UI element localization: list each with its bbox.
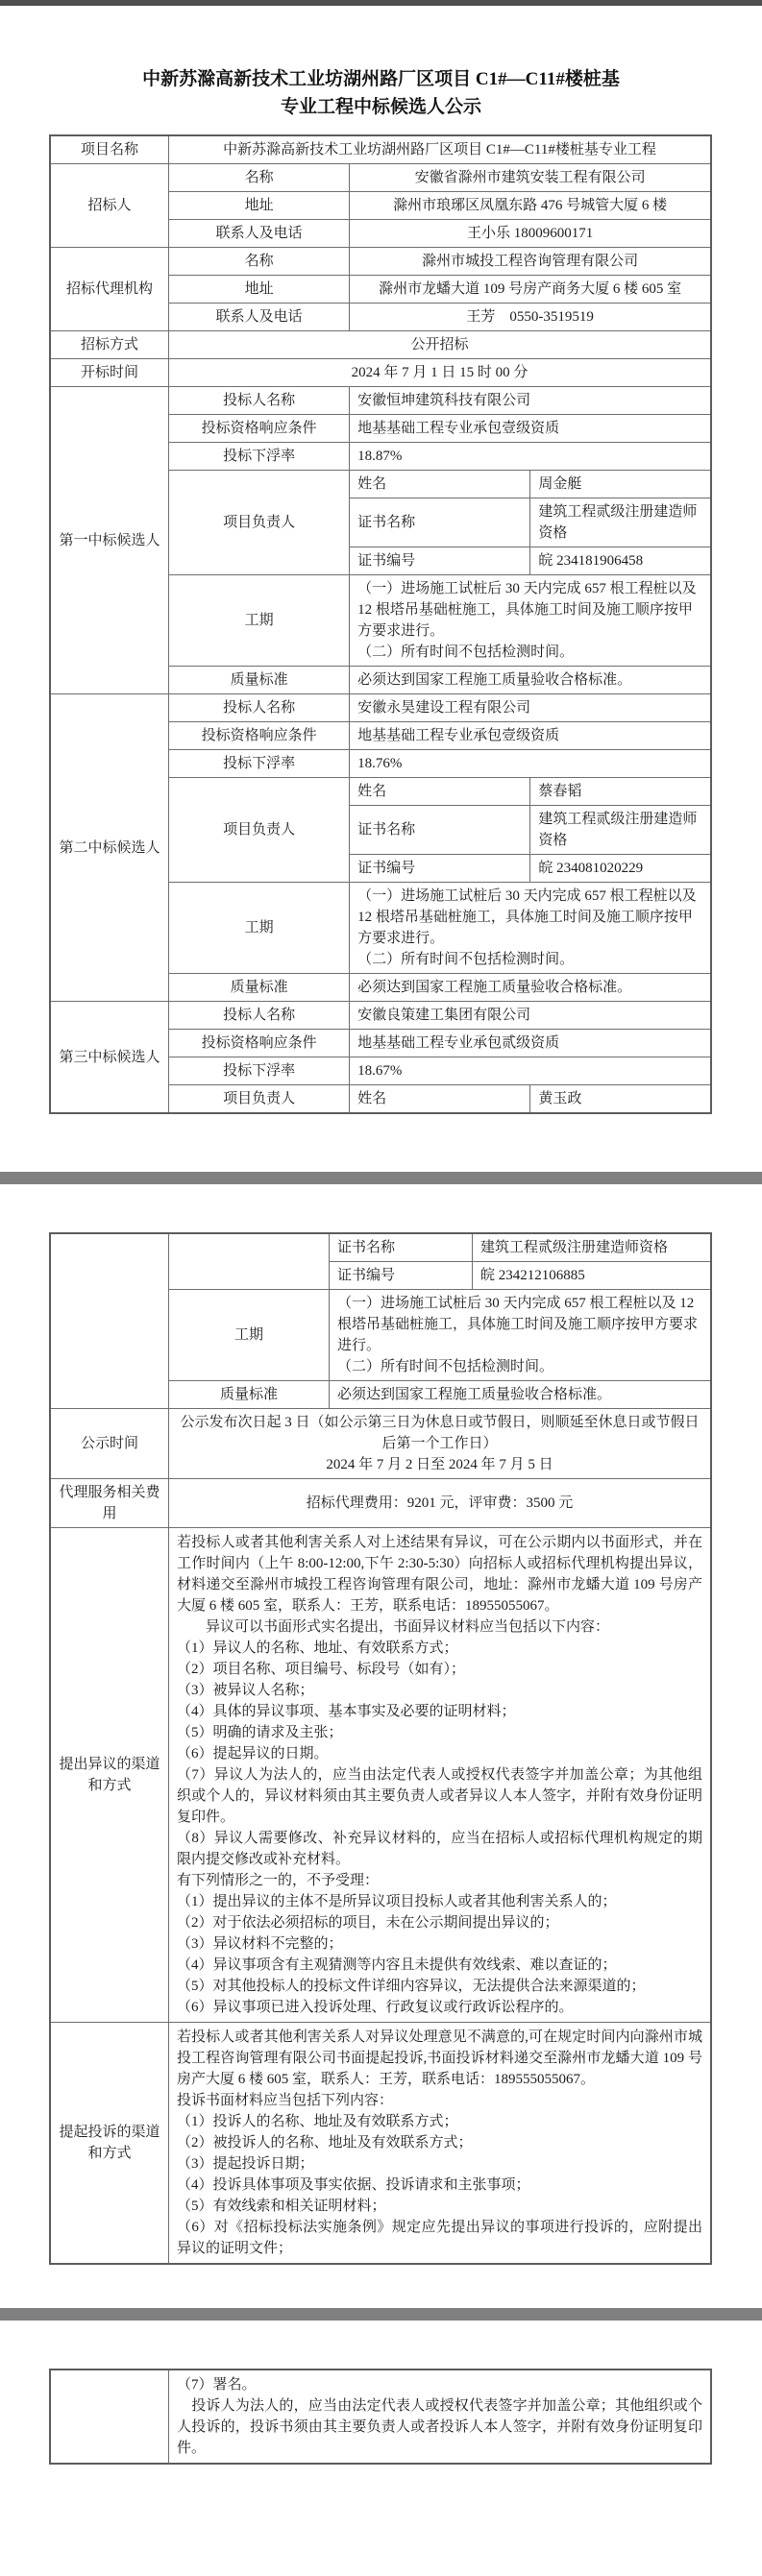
tenderer-name-value: 安徽省滁州市建筑安装工程有限公司 [350, 164, 711, 192]
duration-clause-2: （二）所有时间不包括检测时间。 [357, 949, 702, 970]
candidate3-cert-name-value: 建筑工程贰级注册建造师资格 [473, 1233, 712, 1262]
top-edge-bar [0, 0, 762, 6]
page-title-line2: 专业工程中标候选人公示 [0, 93, 762, 121]
tenderer-address-value: 滁州市琅琊区凤凰东路 476 号城管大厦 6 楼 [350, 192, 711, 220]
paragraph-line: （5）明确的请求及主张； [177, 1722, 702, 1743]
paragraph-line: （4）投诉具体事项及事实依据、投诉请求和主张事项； [177, 2175, 702, 2196]
empty-label-cell [50, 2369, 169, 2464]
page-title: 中新苏滁高新技术工业坊湖州路厂区项目 C1#—C11#楼桩基 专业工程中标候选人… [0, 65, 762, 121]
project-manager-label: 项目负责人 [169, 471, 350, 575]
candidate3-duration-value: （一）进场施工试桩后 30 天内完成 657 根工程桩以及 12 根塔吊基础桩施… [330, 1290, 712, 1381]
spacer [0, 2265, 762, 2308]
paragraph-line: 若投标人或者其他利害关系人对异议处理意见不满意的,可在规定时间内向滁州市城投工程… [177, 2027, 702, 2090]
paragraph-line: （4）异议事项含有主观猜测等内容且未提供有效线索、难以查证的； [177, 1955, 702, 1976]
paragraph-line: （1）提出异议的主体不是所异议项目投标人或者其他利害关系人的； [177, 1891, 702, 1912]
duration-label: 工期 [169, 883, 350, 974]
agency-name-label: 名称 [169, 248, 350, 276]
paragraph-line: 有下列情形之一的，不予受理： [177, 1870, 702, 1891]
discount-rate-label: 投标下浮率 [169, 443, 350, 471]
paragraph-line: （8）异议人需要修改、补充异议材料的，应当在招标人或招标代理机构规定的期限内提交… [177, 1828, 702, 1870]
publicity-line2: 2024 年 7 月 2 日至 2024 年 7 月 5 日 [177, 1454, 702, 1475]
cert-name-label: 证书名称 [330, 1233, 473, 1262]
tenderer-contact-label: 联系人及电话 [169, 220, 350, 248]
paragraph-line: （3）提起投诉日期； [177, 2153, 702, 2175]
quality-label: 质量标准 [169, 974, 350, 1002]
paragraph-line: （5）对其他投标人的投标文件详细内容异议，无法提供合法来源渠道的； [177, 1976, 702, 1997]
notice-table-page3: （7）署名。 投诉人为法人的，应当由法定代表人或授权代表签字并加盖公章；其他组织… [49, 2369, 712, 2465]
cert-no-label: 证书编号 [330, 1262, 473, 1290]
duration-clause-1: （一）进场施工试桩后 30 天内完成 657 根工程桩以及 12 根塔吊基础桩施… [357, 578, 702, 642]
discount-rate-label: 投标下浮率 [169, 750, 350, 778]
quality-label: 质量标准 [169, 1381, 330, 1409]
row-candidate3-bidder: 第三中标候选人 投标人名称 安徽良策建工集团有限公司 [50, 1002, 711, 1030]
paragraph-line: 投诉书面材料应当包括下列内容： [177, 2090, 702, 2111]
person-name-label: 姓名 [350, 1085, 530, 1114]
tenderer-address-label: 地址 [169, 192, 350, 220]
candidate2-pm-name-value: 蔡春韬 [530, 778, 711, 806]
tenderer-label: 招标人 [50, 164, 169, 248]
page-title-line1: 中新苏滁高新技术工业坊湖州路厂区项目 C1#—C11#楼桩基 [0, 65, 762, 93]
candidate2-cert-name-value: 建筑工程贰级注册建造师资格 [530, 806, 711, 855]
paragraph-line: （6）异议事项已进入投诉处理、行政复议或行政诉讼程序的。 [177, 1997, 702, 2018]
agency-fee-label: 代理服务相关费用 [50, 1479, 169, 1528]
objection-channel-value: 若投标人或者其他利害关系人对上述结果有异议，可在公示期内以书面形式，并在工作时间… [169, 1528, 712, 2023]
bidder-name-label: 投标人名称 [169, 387, 350, 415]
tender-method-label: 招标方式 [50, 331, 169, 359]
cert-no-label: 证书编号 [350, 547, 530, 575]
candidate2-qualification-value: 地基基础工程专业承包壹级资质 [350, 722, 711, 750]
objection-channel-label: 提出异议的渠道和方式 [50, 1528, 169, 2023]
paragraph-line: 异议可以书面形式实名提出，书面异议材料应当包括以下内容： [177, 1616, 702, 1638]
agency-name-value: 滁州市城投工程咨询管理有限公司 [350, 248, 711, 276]
paragraph-line: （4）具体的异议事项、基本事实及必要的证明材料； [177, 1701, 702, 1722]
cert-name-label: 证书名称 [350, 806, 530, 855]
paragraph-line: （7）异议人为法人的，应当由法定代表人或授权代表签字并加盖公章；为其他组织或个人… [177, 1764, 702, 1828]
candidate3-rate-value: 18.67% [350, 1057, 711, 1085]
quality-label: 质量标准 [169, 667, 350, 694]
row-tender-method: 招标方式 公开招标 [50, 331, 711, 359]
candidate1-duration-value: （一）进场施工试桩后 30 天内完成 657 根工程桩以及 12 根塔吊基础桩施… [350, 575, 711, 667]
agency-contact-value: 王芳 0550-3519519 [350, 304, 711, 331]
candidate1-cert-name-value: 建筑工程贰级注册建造师资格 [530, 498, 711, 547]
paragraph-line: （2）被投诉人的名称、地址及有效联系方式； [177, 2132, 702, 2153]
cert-no-label: 证书编号 [350, 855, 530, 883]
duration-clause-2: （二）所有时间不包括检测时间。 [337, 1356, 702, 1377]
candidate1-pm-name-value: 周金艇 [530, 471, 711, 498]
row-candidate1-bidder: 第一中标候选人 投标人名称 安徽恒坤建筑科技有限公司 [50, 387, 711, 415]
candidate3-qualification-value: 地基基础工程专业承包贰级资质 [350, 1030, 711, 1057]
project-name-value: 中新苏滁高新技术工业坊湖州路厂区项目 C1#—C11#楼桩基专业工程 [169, 135, 712, 164]
row-candidate2-bidder: 第二中标候选人 投标人名称 安徽永昊建设工程有限公司 [50, 694, 711, 722]
candidate3-pm-name-value: 黄玉政 [530, 1085, 711, 1114]
agency-contact-label: 联系人及电话 [169, 304, 350, 331]
row-bid-opening-time: 开标时间 2024 年 7 月 1 日 15 时 00 分 [50, 359, 711, 387]
qualification-label: 投标资格响应条件 [169, 415, 350, 443]
paragraph-line: （2）对于依法必须招标的项目，未在公示期间提出异议的； [177, 1912, 702, 1933]
paragraph-line: （7）署名。 [177, 2374, 702, 2395]
notice-table-page1: 项目名称 中新苏滁高新技术工业坊湖州路厂区项目 C1#—C11#楼桩基专业工程 … [49, 134, 712, 1114]
row-tenderer-name: 招标人 名称 安徽省滁州市建筑安装工程有限公司 [50, 164, 711, 192]
row-objection-channel: 提出异议的渠道和方式 若投标人或者其他利害关系人对上述结果有异议，可在公示期内以… [50, 1528, 711, 2023]
duration-label: 工期 [169, 1290, 330, 1381]
document-canvas: 中新苏滁高新技术工业坊湖州路厂区项目 C1#—C11#楼桩基 专业工程中标候选人… [0, 0, 762, 2576]
publicity-time-value: 公示发布次日起 3 日（如公示第三日为休息日或节假日，则顺延至休息日或节假日后第… [169, 1409, 712, 1479]
project-manager-label: 项目负责人 [169, 778, 350, 883]
candidate3-bidder-value: 安徽良策建工集团有限公司 [350, 1002, 711, 1030]
cert-name-label: 证书名称 [350, 498, 530, 547]
bid-opening-time-label: 开标时间 [50, 359, 169, 387]
paragraph-line: （2）项目名称、项目编号、标段号（如有）； [177, 1659, 702, 1680]
paragraph-line: （6）提起异议的日期。 [177, 1743, 702, 1764]
paragraph-line: （3）被异议人名称； [177, 1680, 702, 1701]
agency-address-label: 地址 [169, 276, 350, 304]
page-separator [0, 2308, 762, 2321]
bidder-name-label: 投标人名称 [169, 1002, 350, 1030]
candidate1-qualification-value: 地基基础工程专业承包壹级资质 [350, 415, 711, 443]
spacer [0, 2321, 762, 2369]
person-name-label: 姓名 [350, 471, 530, 498]
tenderer-name-label: 名称 [169, 164, 350, 192]
paragraph-line: （6）对《招标投标法实施条例》规定应先提出异议的事项进行投诉的，应附提出异议的证… [177, 2217, 702, 2259]
tender-method-value: 公开招标 [169, 331, 712, 359]
paragraph-line: （1）异议人的名称、地址、有效联系方式； [177, 1638, 702, 1659]
row-project-name: 项目名称 中新苏滁高新技术工业坊湖州路厂区项目 C1#—C11#楼桩基专业工程 [50, 135, 711, 164]
agency-fee-value: 招标代理费用：9201 元，评审费：3500 元 [169, 1479, 712, 1528]
candidate3-rank-label: 第三中标候选人 [50, 1002, 169, 1114]
duration-clause-1: （一）进场施工试桩后 30 天内完成 657 根工程桩以及 12 根塔吊基础桩施… [337, 1293, 702, 1356]
notice-table-page2: 证书名称 建筑工程贰级注册建造师资格 证书编号 皖 234212106885 工… [49, 1232, 712, 2265]
qualification-label: 投标资格响应条件 [169, 722, 350, 750]
complaint-channel-label: 提起投诉的渠道和方式 [50, 2023, 169, 2265]
candidate1-cert-no-value: 皖 234181906458 [530, 547, 711, 575]
row-complaint-channel: 提起投诉的渠道和方式 若投标人或者其他利害关系人对异议处理意见不满意的,可在规定… [50, 2023, 711, 2265]
agency-label: 招标代理机构 [50, 248, 169, 331]
candidate2-bidder-value: 安徽永昊建设工程有限公司 [350, 694, 711, 722]
candidate2-duration-value: （一）进场施工试桩后 30 天内完成 657 根工程桩以及 12 根塔吊基础桩施… [350, 883, 711, 974]
candidate1-rate-value: 18.87% [350, 443, 711, 471]
row-publicity-time: 公示时间 公示发布次日起 3 日（如公示第三日为休息日或节假日，则顺延至休息日或… [50, 1409, 711, 1479]
spacer [0, 121, 762, 134]
publicity-time-label: 公示时间 [50, 1409, 169, 1479]
duration-clause-1: （一）进场施工试桩后 30 天内完成 657 根工程桩以及 12 根塔吊基础桩施… [357, 886, 702, 949]
paragraph-line: （3）异议材料不完整的； [177, 1933, 702, 1955]
complaint-continued-value: （7）署名。 投诉人为法人的，应当由法定代表人或授权代表签字并加盖公章；其他组织… [169, 2369, 712, 2464]
empty-rank-cell [50, 1233, 169, 1409]
row-agency-name: 招标代理机构 名称 滁州市城投工程咨询管理有限公司 [50, 248, 711, 276]
qualification-label: 投标资格响应条件 [169, 1030, 350, 1057]
spacer [0, 1184, 762, 1232]
row-agency-fee: 代理服务相关费用 招标代理费用：9201 元，评审费：3500 元 [50, 1479, 711, 1528]
candidate2-cert-no-value: 皖 234081020229 [530, 855, 711, 883]
spacer [0, 1114, 762, 1172]
page-separator [0, 1172, 762, 1184]
duration-clause-2: （二）所有时间不包括检测时间。 [357, 642, 702, 663]
publicity-line1: 公示发布次日起 3 日（如公示第三日为休息日或节假日，则顺延至休息日或节假日后第… [177, 1412, 702, 1454]
candidate3-quality-value: 必须达到国家工程施工质量验收合格标准。 [330, 1381, 712, 1409]
empty-pm-cell [169, 1233, 330, 1290]
discount-rate-label: 投标下浮率 [169, 1057, 350, 1085]
bid-opening-time-value: 2024 年 7 月 1 日 15 时 00 分 [169, 359, 712, 387]
person-name-label: 姓名 [350, 778, 530, 806]
project-manager-label: 项目负责人 [169, 1085, 350, 1114]
row-candidate3-cert-name: 证书名称 建筑工程贰级注册建造师资格 [50, 1233, 711, 1262]
agency-address-value: 滁州市龙蟠大道 109 号房产商务大厦 6 楼 605 室 [350, 276, 711, 304]
complaint-channel-value: 若投标人或者其他利害关系人对异议处理意见不满意的,可在规定时间内向滁州市城投工程… [169, 2023, 712, 2265]
paragraph-line: 投诉人为法人的，应当由法定代表人或授权代表签字并加盖公章；其他组织或个人投诉的，… [177, 2395, 702, 2459]
candidate1-quality-value: 必须达到国家工程施工质量验收合格标准。 [350, 667, 711, 694]
candidate2-quality-value: 必须达到国家工程施工质量验收合格标准。 [350, 974, 711, 1002]
project-name-label: 项目名称 [50, 135, 169, 164]
candidate3-cert-no-value: 皖 234212106885 [473, 1262, 712, 1290]
row-complaint-continued: （7）署名。 投诉人为法人的，应当由法定代表人或授权代表签字并加盖公章；其他组织… [50, 2369, 711, 2464]
paragraph-line: 若投标人或者其他利害关系人对上述结果有异议，可在公示期内以书面形式，并在工作时间… [177, 1532, 702, 1616]
tenderer-contact-value: 王小乐 18009600171 [350, 220, 711, 248]
candidate2-rate-value: 18.76% [350, 750, 711, 778]
candidate1-bidder-value: 安徽恒坤建筑科技有限公司 [350, 387, 711, 415]
paragraph-line: （1）投诉人的名称、地址及有效联系方式； [177, 2111, 702, 2132]
candidate1-rank-label: 第一中标候选人 [50, 387, 169, 694]
bidder-name-label: 投标人名称 [169, 694, 350, 722]
duration-label: 工期 [169, 575, 350, 667]
paragraph-line: （5）有效线索和相关证明材料； [177, 2196, 702, 2217]
candidate2-rank-label: 第二中标候选人 [50, 694, 169, 1002]
